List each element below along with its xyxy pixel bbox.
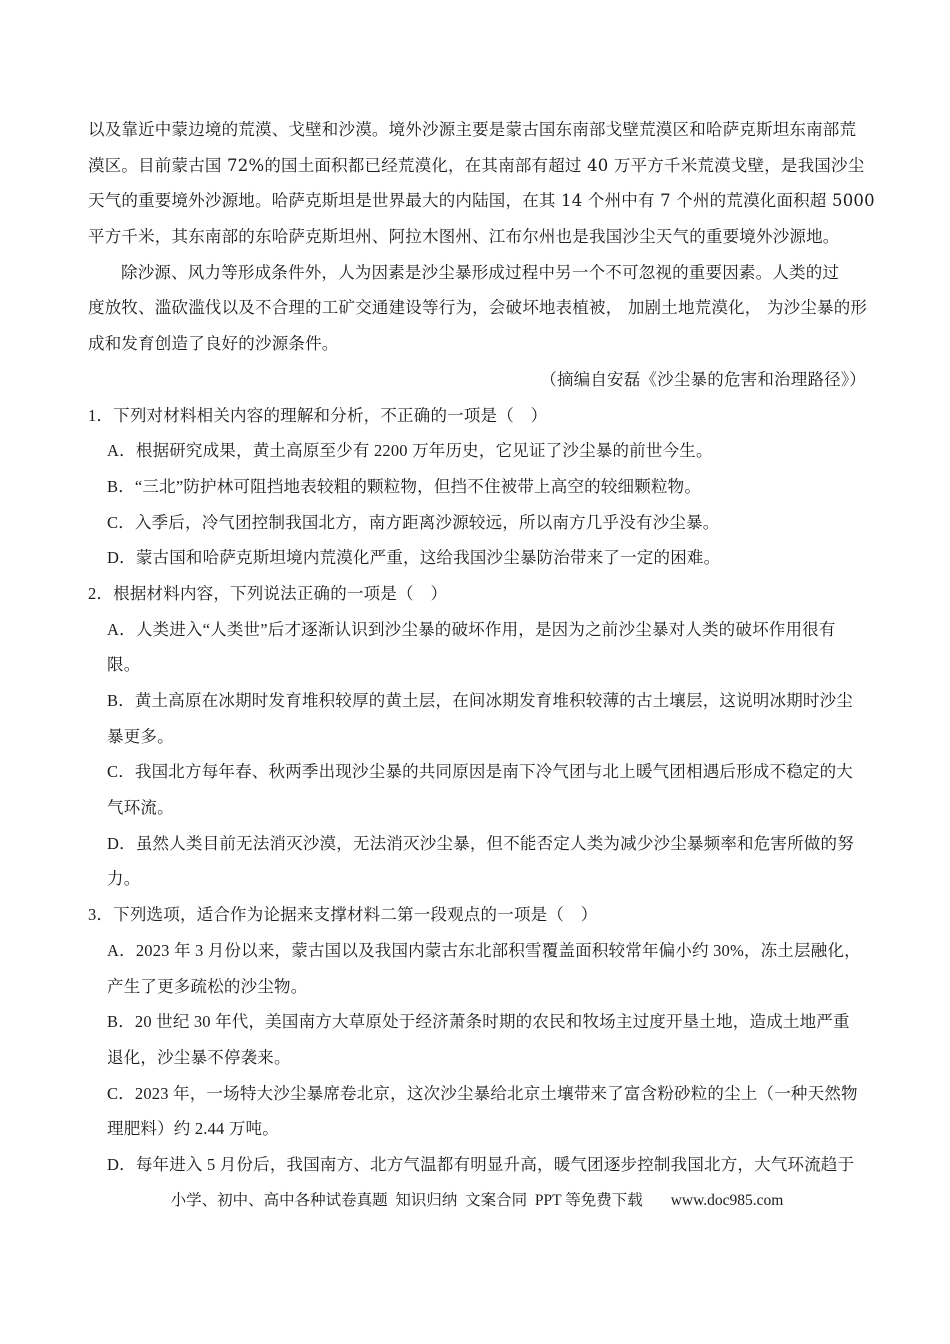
question-2-option-b: B．黄土高原在冰期时发育堆积较厚的黄土层，在间冰期发育堆积较薄的古土壤层，这说明… — [88, 683, 866, 719]
question-1-option-b: B．“三北”防护林可阻挡地表较粗的颗粒物，但挡不住被带上高空的较细颗粒物。 — [88, 469, 866, 505]
question-3-option-c-continued: 理肥料）约 2.44 万吨。 — [88, 1111, 866, 1147]
material-paragraph1-line: 以及靠近中蒙边境的荒漠、戈壁和沙漠。境外沙源主要是蒙古国东南部戈壁荒漠区和哈萨克… — [88, 112, 866, 148]
question-2-stem: 2．根据材料内容，下列说法正确的一项是（ ） — [88, 576, 866, 612]
material-paragraph2-line: 成和发育创造了良好的沙源条件。 — [88, 326, 866, 362]
question-3-option-b-continued: 退化，沙尘暴不停袭来。 — [88, 1040, 866, 1076]
footer-tagline: 小学、初中、高中各种试卷真题 知识归纳 文案合同 PPT 等免费下载 — [171, 1192, 643, 1209]
question-1-option-a: A．根据研究成果，黄土高原至少有 2200 万年历史，它见证了沙尘暴的前世今生。 — [88, 433, 866, 469]
question-3-option-c: C．2023 年，一场特大沙尘暴席卷北京，这次沙尘暴给北京土壤带来了富含粉砂粒的… — [88, 1076, 866, 1112]
question-3-option-b: B．20 世纪 30 年代，美国南方大草原处于经济萧条时期的农民和牧场主过度开垦… — [88, 1004, 866, 1040]
question-2-option-a-continued: 限。 — [88, 647, 866, 683]
question-2-option-c-continued: 气环流。 — [88, 790, 866, 826]
material-paragraph1-line: 天气的重要境外沙源地。哈萨克斯坦是世界最大的内陆国，在其 14 个州中有 7 个… — [88, 183, 866, 219]
question-1-option-c: C．入季后，冷气团控制我国北方，南方距离沙源较远，所以南方几乎没有沙尘暴。 — [88, 505, 866, 541]
question-1-option-d: D．蒙古国和哈萨克斯坦境内荒漠化严重，这给我国沙尘暴防治带来了一定的困难。 — [88, 540, 866, 576]
page-content: 以及靠近中蒙边境的荒漠、戈壁和沙漠。境外沙源主要是蒙古国东南部戈壁荒漠区和哈萨克… — [88, 112, 866, 1218]
question-3-option-a: A．2023 年 3 月份以来，蒙古国以及我国内蒙古东北部积雪覆盖面积较常年偏小… — [88, 933, 866, 969]
question-3-option-a-continued: 产生了更多疏松的沙尘物。 — [88, 969, 866, 1005]
document-page: 以及靠近中蒙边境的荒漠、戈壁和沙漠。境外沙源主要是蒙古国东南部戈壁荒漠区和哈萨克… — [0, 0, 950, 1344]
source-attribution: （摘编自安磊《沙尘暴的危害和治理路径》） — [88, 362, 866, 398]
question-3-stem: 3．下列选项，适合作为论据来支撑材料二第一段观点的一项是（ ） — [88, 897, 866, 933]
page-footer: 小学、初中、高中各种试卷真题 知识归纳 文案合同 PPT 等免费下载www.do… — [88, 1183, 866, 1219]
material-paragraph2-line: 度放牧、滥砍滥伐以及不合理的工矿交通建设等行为，会破坏地表植被， 加剧土地荒漠化… — [88, 290, 866, 326]
question-3-option-d: D．每年进入 5 月份后，我国南方、北方气温都有明显升高，暖气团逐步控制我国北方… — [88, 1147, 866, 1183]
question-2-option-a: A．人类进入“人类世”后才逐渐认识到沙尘暴的破坏作用，是因为之前沙尘暴对人类的破… — [88, 612, 866, 648]
material-paragraph1-line: 平方千米，其东南部的东哈萨克斯坦州、阿拉木图州、江布尔州也是我国沙尘天气的重要境… — [88, 219, 866, 255]
question-2-option-d: D．虽然人类目前无法消灭沙漠，无法消灭沙尘暴，但不能否定人类为减少沙尘暴频率和危… — [88, 826, 866, 862]
question-1-stem: 1．下列对材料相关内容的理解和分析，不正确的一项是（ ） — [88, 398, 866, 434]
material-paragraph2-line: 除沙源、风力等形成条件外，人为因素是沙尘暴形成过程中另一个不可忽视的重要因素。人… — [88, 255, 866, 291]
question-2-option-b-continued: 暴更多。 — [88, 719, 866, 755]
footer-site-url: www.doc985.com — [671, 1192, 784, 1209]
material-paragraph1-line: 漠区。目前蒙古国 72%的国土面积都已经荒漠化，在其南部有超过 40 万平方千米… — [88, 148, 866, 184]
question-2-option-c: C．我国北方每年春、秋两季出现沙尘暴的共同原因是南下冷气团与北上暖气团相遇后形成… — [88, 754, 866, 790]
question-2-option-d-continued: 力。 — [88, 861, 866, 897]
